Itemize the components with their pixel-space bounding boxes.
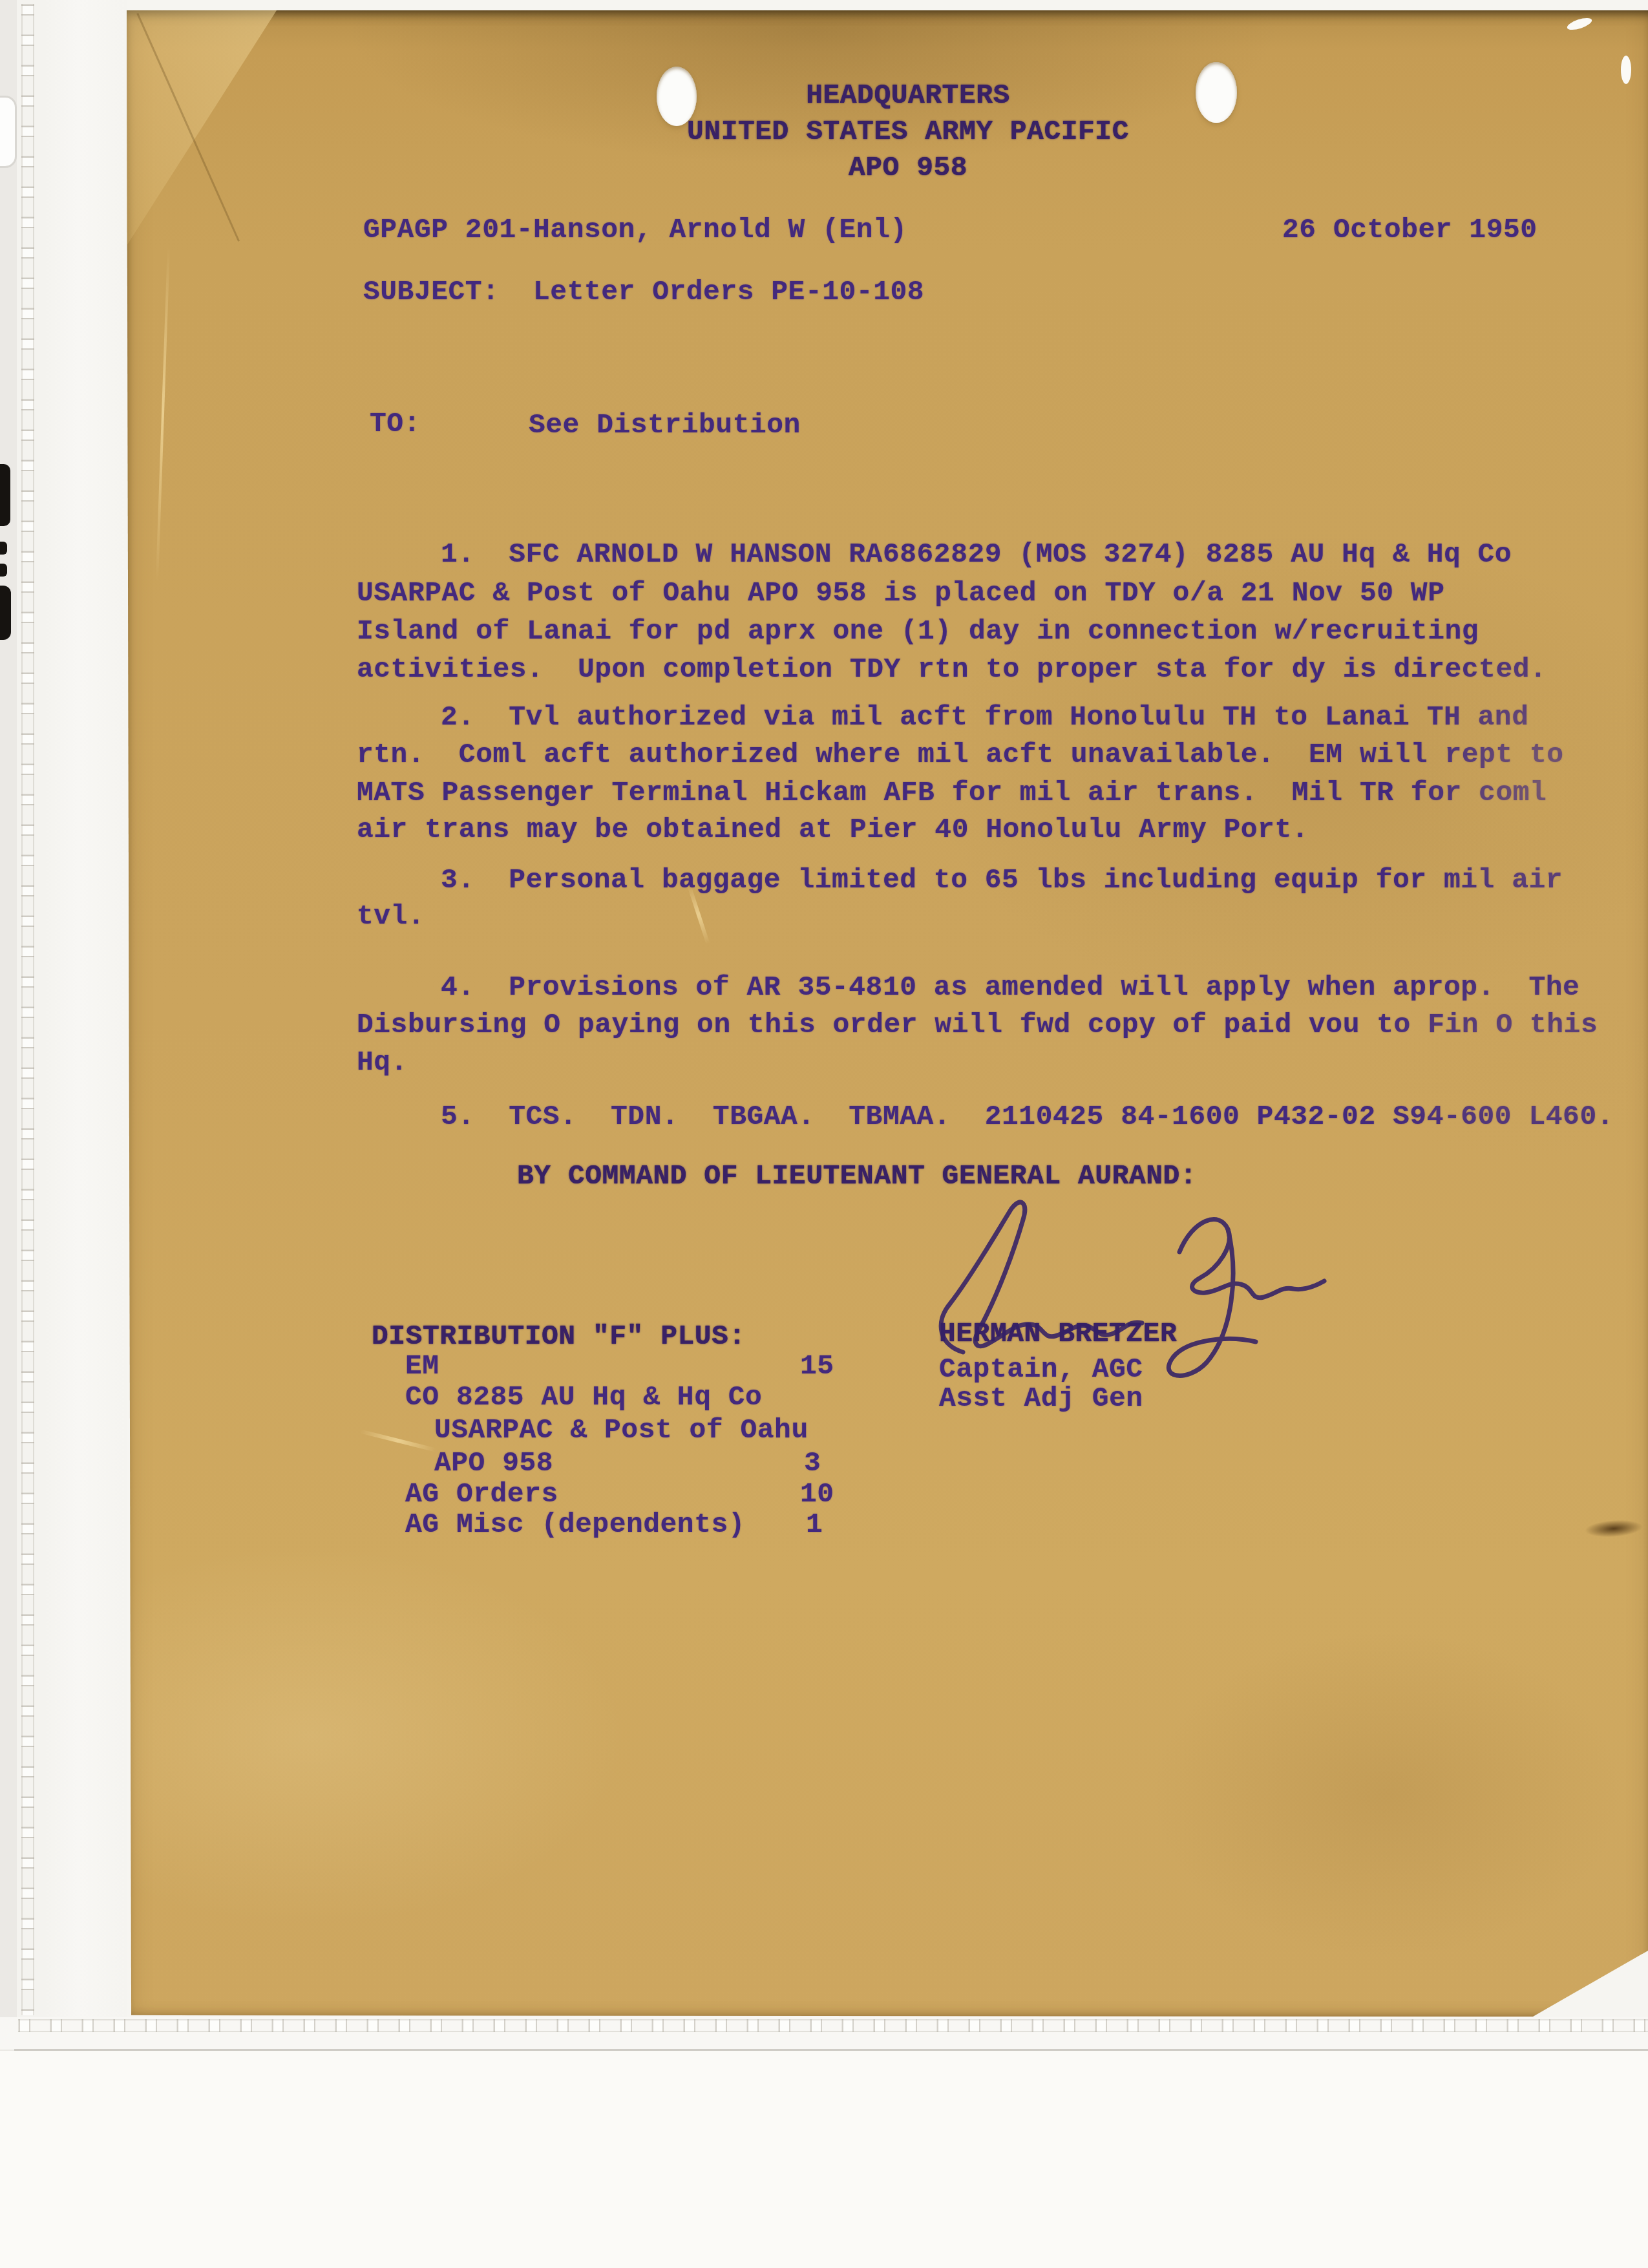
distribution-item-count: 3 xyxy=(804,1449,821,1477)
paper-tear-speck xyxy=(1621,56,1631,84)
distribution-item-label: USARPAC & Post of Oahu xyxy=(434,1416,808,1444)
cutoff-print-fragment xyxy=(0,564,7,577)
reference-line: GPAGP 201-Hanson, Arnold W (Enl) xyxy=(363,216,907,244)
paragraph-1-line-2: USARPAC & Post of Oahu APO 958 is placed… xyxy=(357,579,1444,607)
paragraph-3-line-1: 3. Personal baggage limited to 65 lbs in… xyxy=(441,866,1563,894)
to-label: TO: xyxy=(370,410,421,438)
distribution-item-label: AG Orders xyxy=(405,1480,558,1508)
cutoff-print-fragment xyxy=(0,586,11,640)
paragraph-1-line-1: 1. SFC ARNOLD W HANSON RA6862829 (MOS 32… xyxy=(441,540,1512,568)
cutoff-print-fragment xyxy=(0,542,7,555)
letterhead-line-1: HEADQUARTERS xyxy=(685,81,1131,109)
paragraph-4-line-2: Disbursing O paying on this order will f… xyxy=(357,1011,1598,1039)
subject-line: SUBJECT: Letter Orders PE-10-108 xyxy=(363,278,924,306)
paragraph-1-line-4: activities. Upon completion TDY rtn to p… xyxy=(357,655,1547,683)
binding-perforations-bottom xyxy=(18,2019,1648,2032)
paragraph-2-line-3: MATS Passenger Terminal Hickam AFB for m… xyxy=(357,779,1547,807)
binding-perforations-left xyxy=(21,4,34,2015)
letterhead-line-3: APO 958 xyxy=(685,154,1131,182)
distribution-item-label: EM xyxy=(405,1352,439,1380)
paragraph-2-line-4: air trans may be obtained at Pier 40 Hon… xyxy=(357,816,1309,843)
distribution-item-count: 1 xyxy=(806,1510,823,1538)
distribution-heading: DISTRIBUTION "F" PLUS: xyxy=(372,1322,746,1350)
distribution-item-count: 15 xyxy=(800,1352,834,1380)
distribution-item-label: CO 8285 AU Hq & Hq Co xyxy=(405,1383,762,1411)
paragraph-5-line-1: 5. TCS. TDN. TBGAA. TBMAA. 2110425 84-16… xyxy=(441,1103,1614,1130)
sleeve-notch xyxy=(0,96,17,168)
distribution-item-count: 10 xyxy=(800,1480,834,1508)
date: 26 October 1950 xyxy=(1282,216,1537,244)
to-value: See Distribution xyxy=(529,411,801,439)
punch-hole-right xyxy=(1196,62,1237,123)
paragraph-3-line-2: tvl. xyxy=(357,902,425,930)
letterhead-line-2: UNITED STATES ARMY PACIFIC xyxy=(685,118,1131,145)
paragraph-2-line-2: rtn. Coml acft authorized where mil acft… xyxy=(357,741,1564,768)
distribution-item-label: APO 958 xyxy=(434,1449,553,1477)
signer-title: Asst Adj Gen xyxy=(939,1384,1143,1412)
distribution-item-label: AG Misc (dependents) xyxy=(405,1510,745,1538)
sheet-protector-edge xyxy=(0,0,127,2268)
paragraph-4-line-3: Hq. xyxy=(357,1048,408,1076)
scanner-background xyxy=(0,2051,1648,2268)
cutoff-print-fragment xyxy=(0,464,10,526)
paragraph-2-line-1: 2. Tvl authorized via mil acft from Hono… xyxy=(441,703,1528,731)
handwritten-signature xyxy=(902,1191,1341,1384)
paragraph-4-line-1: 4. Provisions of AR 35-4810 as amended w… xyxy=(441,973,1579,1001)
document-scan: HEADQUARTERS UNITED STATES ARMY PACIFIC … xyxy=(0,0,1648,2268)
paragraph-1-line-3: Island of Lanai for pd aprx one (1) day … xyxy=(357,617,1479,645)
command-line: BY COMMAND OF LIEUTENANT GENERAL AURAND: xyxy=(517,1162,1197,1190)
